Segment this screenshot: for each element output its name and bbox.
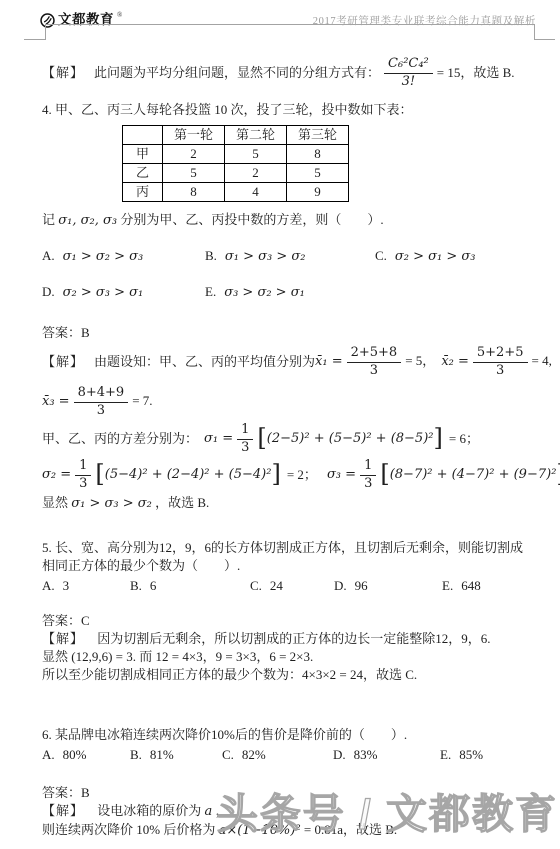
q4-answer: 答案：B (42, 324, 532, 342)
table-cell: 5 (287, 163, 349, 182)
option-b: B.81% (130, 746, 222, 764)
header-rule (0, 24, 560, 41)
row-name-cell: 乙 (123, 163, 163, 182)
q4-options-row-1: A.σ₁ > σ₂ > σ₃ B.σ₁ > σ₃ > σ₂ C.σ₂ > σ₁ … (42, 247, 532, 266)
option-c: C.82% (222, 746, 333, 764)
q4-options-row-2: D.σ₂ > σ₃ > σ₁ E.σ₃ > σ₂ > σ₁ (42, 283, 532, 302)
q4-score-table: 第一轮 第二轮 第三轮 甲 2 5 8 乙 5 2 5 丙 (122, 125, 349, 202)
table-header-row: 第一轮 第二轮 第三轮 (123, 125, 349, 144)
table-header-cell: 第二轮 (225, 125, 287, 144)
q3-solution-text: 此问题为平均分组问题，显然不同的分组方式有： (94, 64, 380, 82)
table-cell: 4 (225, 182, 287, 201)
row-name-cell: 丙 (123, 182, 163, 201)
q6-options-row: A.80% B.81% C.82% D.83% E.85% (42, 746, 532, 764)
table-cell: 2 (225, 163, 287, 182)
q4-stem: 4. 甲、乙、丙三人每轮各投篮 10 次，投了三轮，投中数如下表： (42, 101, 532, 119)
table-header-cell: 第一轮 (163, 125, 225, 144)
solution-label: 【解】 (42, 353, 84, 371)
header-rule-right-stub (535, 39, 555, 40)
q3-fraction: C₆²C₄² 3! (384, 57, 433, 89)
right-bracket: ] (556, 458, 560, 491)
mean-formula-2: x̄₂ =5+2+53= 4, (441, 346, 552, 378)
mean-formula-1: x̄₁ =2+5+83= 5， (315, 346, 435, 378)
q4-note: 记 σ₁, σ₂, σ₃ 分别为甲、乙、丙投中数的方差，则（ ）. (42, 211, 532, 230)
option-c: C.σ₂ > σ₁ > σ₃ (375, 247, 476, 266)
option-b: B.σ₁ > σ₃ > σ₂ (205, 247, 375, 266)
q5-block: 5. 长、宽、高分别为12，9，6的长方体切割成正方体，且切割后无剩余，则能切割… (42, 539, 532, 684)
q4-solution-means-line2: x̄₃ =8+4+93= 7. (42, 383, 532, 421)
option-a: A.3 (42, 577, 130, 595)
option-c: C.24 (250, 577, 334, 595)
q4-solution-conclusion: 显然 σ₁ > σ₃ > σ₂ ，故选 B. (42, 494, 532, 513)
option-e: E.648 (442, 577, 481, 595)
q5-solution-line3: 所以至少能切割成相同正方体的最少个数为：4×3×2 = 24，故选 C. (42, 666, 532, 684)
toutiao-wendu-watermark: 头条号 / 文都教育 (217, 786, 558, 843)
option-d: D.83% (333, 746, 440, 764)
option-d: D.σ₂ > σ₃ > σ₁ (42, 283, 205, 302)
option-d: D.96 (334, 577, 442, 595)
table-row: 乙 5 2 5 (123, 163, 349, 182)
right-bracket: ] (271, 458, 280, 491)
header-rule-line (45, 24, 535, 25)
q4-solution-variance-line1: 甲、乙、丙的方差分别为： σ₁ = 13 [ (2−5)² + (5−5)² +… (42, 421, 532, 457)
sigma-list: σ₁, σ₂, σ₃ (58, 213, 117, 228)
q5-solution-line2: 显然 (12,9,6) = 3. 而 12 = 4×3，9 = 3×3，6 = … (42, 648, 532, 666)
q4-solution-means-line1: 【解】 由题设知：甲、乙、丙的平均值分别为 x̄₁ =2+5+83= 5， x̄… (42, 343, 532, 381)
table-header-cell: 第三轮 (287, 125, 349, 144)
table-cell: 8 (287, 144, 349, 163)
left-bracket: [ (257, 422, 266, 455)
q5-options-row: A.3 B.6 C.24 D.96 E.648 (42, 577, 532, 595)
option-a: A.80% (42, 746, 130, 764)
right-bracket: ] (433, 422, 442, 455)
exam-solution-page: 文都教育 ® 2017考研管理类专业联考综合能力真题及解析 【解】 此问题为平均… (0, 0, 560, 849)
header-rule-left-tick (45, 24, 46, 40)
table-cell: 9 (287, 182, 349, 201)
q6-stem: 6. 某品牌电冰箱连续两次降价10%后的售价是降价前的（ ）. (42, 726, 532, 744)
option-b: B.6 (130, 577, 250, 595)
option-e: E.85% (440, 746, 483, 764)
q5-answer: 答案：C (42, 612, 532, 630)
table-cell: 5 (163, 163, 225, 182)
q4-solution-variance-line2: σ₂ = 13 [ (5−4)² + (2−4)² + (5−4)² ] = 2… (42, 457, 532, 493)
solution-label: 【解】 (42, 64, 84, 82)
q5-stem: 5. 长、宽、高分别为12，9，6的长方体切割成正方体，且切割后无剩余，则能切割… (42, 539, 534, 575)
table-cell: 2 (163, 144, 225, 163)
table-cell: 8 (163, 182, 225, 201)
q3-solution-line: 【解】 此问题为平均分组问题，显然不同的分组方式有： C₆²C₄² 3! = 1… (42, 53, 532, 93)
mean-formula-3: x̄₃ =8+4+93= 7. (42, 386, 153, 418)
table-row: 丙 8 4 9 (123, 182, 349, 201)
left-bracket: [ (380, 458, 389, 491)
row-name-cell: 甲 (123, 144, 163, 163)
option-e: E.σ₃ > σ₂ > σ₁ (205, 283, 305, 302)
left-bracket: [ (95, 458, 104, 491)
option-a: A.σ₁ > σ₂ > σ₃ (42, 247, 205, 266)
q3-solution-tail: = 15，故选 B. (437, 64, 515, 82)
page-header: 文都教育 ® 2017考研管理类专业联考综合能力真题及解析 (0, 0, 560, 24)
header-rule-left-stub (24, 39, 45, 40)
registered-mark: ® (117, 11, 122, 21)
page-content: 【解】 此问题为平均分组问题，显然不同的分组方式有： C₆²C₄² 3! = 1… (0, 53, 560, 840)
q5-solution-line1: 【解】 因为切割后无剩余，所以切割成的正方体的边长一定能整除12，9，6. (42, 630, 532, 648)
table-cell: 5 (225, 144, 287, 163)
table-row: 甲 2 5 8 (123, 144, 349, 163)
table-header-cell (123, 125, 163, 144)
header-rule-right-tick (534, 24, 535, 40)
